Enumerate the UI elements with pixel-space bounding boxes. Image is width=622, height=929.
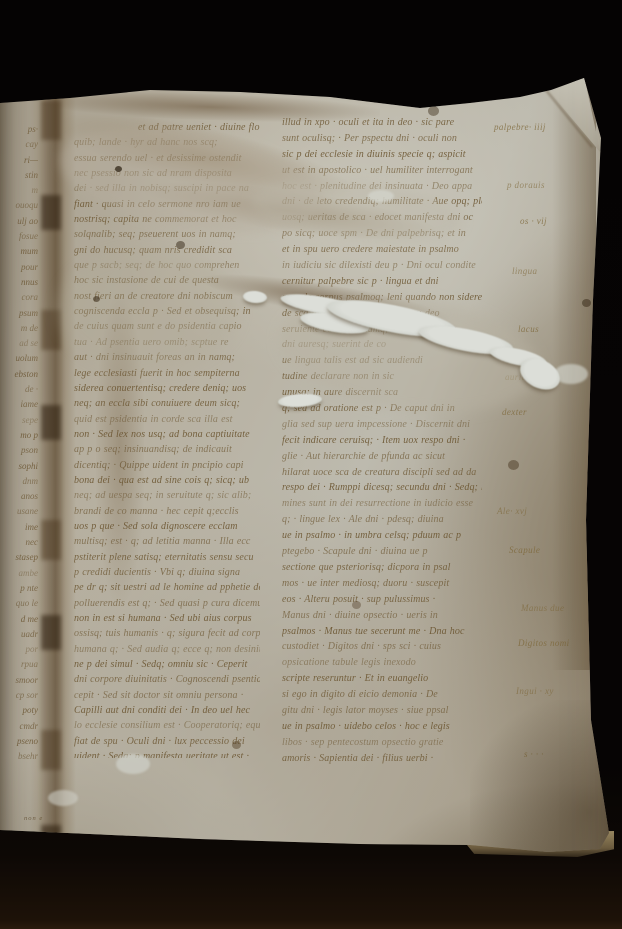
edge-text-fragment: rpua [0,659,38,674]
marginal-gloss: lacus [518,324,539,334]
stain-bottom-right-corner [470,700,622,860]
manuscript-text-line: bona dei · qua est ad sine cois q; sicq;… [74,475,260,490]
marginal-gloss: Ale· xvj [497,506,527,516]
edge-text-fragment: stasep [0,552,38,567]
edge-text-fragment: ouoqu [0,200,38,215]
manuscript-text-line: dicentiq; · Quippe uident in pncipio cap… [74,460,260,475]
manuscript-text-line: polluerendis est q; · Sed quasi p cura d… [74,598,260,613]
manuscript-text-line: et in spu uero credere maiestate in psal… [282,244,482,260]
marginal-gloss: lingua [512,266,537,276]
edge-text-fragment: pour [0,262,38,277]
edge-text-fragment: dnm [0,476,38,491]
manuscript-text-line: Capilli aut dni conditi dei · In deo uel… [74,705,260,720]
manuscript-text-line: ue in psalmo · in umbra celsq; pduum ac … [282,530,482,546]
manuscript-text-line: gitu dni · legis lator moyses · siue pps… [282,705,482,721]
manuscript-text-line: eos · Alteru posuit · sup pulussimus · [282,594,482,610]
manuscript-text-line: non in est si humana · Sed ubi aius corp… [74,613,260,628]
manuscript-text-line: ptegebo · Scapule dni · diuina ue p [282,546,482,562]
manuscript-text-line: sunt oculisq; · Per pspectu dni · oculi … [282,133,482,149]
manuscript-text-line: psalmos · Manus tue secerunt me · Dna ho… [282,626,482,642]
manuscript-text-line: scripte reseruntur · Et in euangelio [282,673,482,689]
marginal-gloss: Manus due [521,603,564,613]
edge-text-fragment: mo p [0,430,38,445]
manuscript-text-line: siderea conuertentisq; credere deniq; uo… [74,383,260,398]
bottom-margin-note: non e [24,815,43,822]
manuscript-text-line: p credidi ducientis · Vbi q; diuina sign… [74,567,260,582]
edge-text-fragment: usane [0,506,38,521]
manuscript-text-line: brandi de co manna · hec cepit q;ecclis [74,506,260,521]
edge-strip-text: ps·cayri—stinmouoquulj aofosuemumpournnu… [0,124,40,792]
manuscript-text-line: neq; an eccla sibi conuiuere deum sicq; [74,398,260,413]
edge-text-fragment: iame [0,399,38,414]
manuscript-text-line: ue in psalmo · uidebo celos · hoc e legi… [282,721,482,737]
manuscript-text-line: fiat de spu · Oculi dni · lux peccessio … [74,736,260,751]
manuscript-text-line: non · Sed lex nos usq; ad bona captiuita… [74,429,260,444]
edge-text-fragment: ri— [0,155,38,170]
manuscript-text-line: libos · sep pentecostum opsectio gratie [282,737,482,753]
marginal-gloss: Ingui · xy [516,686,554,696]
edge-text-fragment: ps· [0,124,38,139]
manuscript-page: ps·cayri—stinmouoquulj aofosuemumpournnu… [0,0,622,929]
manuscript-text-line: q; · lingue lex · Ale dni · pdesq; diuin… [282,514,482,530]
edge-text-fragment: cora [0,292,38,307]
manuscript-text-line: respo dei · Rumppi dicesq; secundu dni ·… [282,482,482,498]
manuscript-text-line: si ego in digito di eicio demonia · De [282,689,482,705]
manuscript-text-line: cernitur palpebre sic p · lingua et dni [282,276,482,292]
manuscript-text-line: ossisq; tuis humanis · q; sigura fecit a… [74,628,260,643]
edge-text-fragment: pseno [0,736,38,751]
edge-text-fragment: sophi [0,461,38,476]
edge-text-fragment: stin [0,170,38,185]
manuscript-text-line: pe dr q; sit uestri ad le homine ad pphe… [74,582,260,597]
edge-text-fragment: ebston [0,369,38,384]
manuscript-text-line: sic p dei ecclesie in diuinis specie q; … [282,149,482,165]
manuscript-text-line: pstiterit plene satisq; eternitatis sens… [74,552,260,567]
manuscript-text-line: humana q; · Sed audia q; ecce q; non des… [74,644,260,659]
edge-text-fragment: ime [0,522,38,537]
faded-text-area [58,250,238,370]
manuscript-text-line: Manus dni · diuine opsectio · ueris in [282,610,482,626]
manuscript-text-line: multisq; est · q; ad letitia manna · Ill… [74,536,260,551]
edge-text-fragment: m [0,185,38,200]
edge-text-fragment: por [0,644,38,659]
edge-text-fragment: m de [0,323,38,338]
edge-text-fragment: nec [0,537,38,552]
edge-text-fragment: cmdr [0,721,38,736]
manuscript-text-line: fecit indicare ceruisq; · Item uox respo… [282,435,482,451]
edge-text-fragment: cay [0,139,38,154]
edge-text-fragment: uadr [0,629,38,644]
manuscript-text-line: amoris · Sapientia dei · filius uerbi · [282,753,482,765]
marginal-gloss: s · · · [524,749,544,759]
manuscript-text-line: custodiet · Digitos dni · sps sci · cuiu… [282,641,482,657]
edge-text-fragment: fosue [0,231,38,246]
edge-text-fragment: poty [0,705,38,720]
ink-spots [115,166,122,172]
manuscript-text-line: uident · Sedq; p manifesta ueritate ut e… [74,751,260,758]
thin-parchment-patches [368,190,394,202]
manuscript-text-line: lo ecclesie consilium est · Cooperatoriq… [74,720,260,735]
folded-corner [546,72,604,156]
marginal-gloss: Digitos nomi [518,638,570,648]
edge-text-fragment: sepe [0,415,38,430]
edge-text-fragment: quo le [0,598,38,613]
manuscript-text-line: lege ecclesiasti fuerit in hoc sempitern… [74,368,260,383]
edge-text-fragment: anos [0,491,38,506]
manuscript-text-line: dni corpore diuinitatis · Cognoscendi ps… [74,674,260,689]
marginal-gloss: Scapule [509,545,540,555]
edge-text-fragment: bsehr [0,751,38,766]
edge-text-fragment: d me [0,614,38,629]
edge-text-fragment: de · [0,384,38,399]
manuscript-text-line: glie · Aut hierarchie de pfunda ac sicut [282,451,482,467]
marginal-gloss: palpebre· iiij [494,122,546,132]
manuscript-text-line: ap p o seq; insinuandisq; de indicauit [74,444,260,459]
marginal-gloss: os · vij [520,216,547,226]
edge-text-fragment: uolum [0,353,38,368]
edge-text-fragment: nnus [0,277,38,292]
manuscript-text-line: opsicatione tabule legis inexodo [282,657,482,673]
edge-text-fragment: pson [0,445,38,460]
manuscript-text-line: ut est in apostolico · uel humiliter int… [282,165,482,181]
marginal-gloss: dexter [502,407,527,417]
manuscript-text-line: hilarat uoce sca de creatura discipli se… [282,467,482,483]
stain-top-right-blotch [486,51,547,91]
edge-text-fragment: ad se [0,338,38,353]
edge-text-fragment: psum [0,308,38,323]
gutter-stains [41,100,61,836]
manuscript-text-line: mines sunt in dei resurrectione in iudic… [282,498,482,514]
manuscript-text-line: glia sed sup uera impcessione · Discerni… [282,419,482,435]
manuscript-text-line: cepit · Sed sit doctor sit omniu persona… [74,690,260,705]
edge-text-fragment: ambe [0,568,38,583]
photo-frame: ps·cayri—stinmouoquulj aofosuemumpournnu… [0,0,622,929]
manuscript-text-line: uos p que · Sed sola dignoscere ecclam [74,521,260,536]
edge-text-fragment: p nte [0,583,38,598]
edge-text-fragment: smoor [0,675,38,690]
marginal-gloss: p dorauis [507,180,545,190]
manuscript-text-line: in iudiciu sic dilexisti deu p · Dni ocu… [282,260,482,276]
manuscript-text-line: neq; ad uespa seq; in seruitute q; sic a… [74,490,260,505]
edge-text-fragment: ulj ao [0,216,38,231]
manuscript-text-line: ne p dei simul · Sedq; omniu sic · Ceper… [74,659,260,674]
manuscript-text-line: sectione que psteriorisq; dicpora in psa… [282,562,482,578]
edge-text-fragment: mum [0,246,38,261]
manuscript-text-line: illud in xpo · oculi et ita in deo · sic… [282,117,482,133]
manuscript-text-line: quid est psidentia in corde sca illa est [74,414,260,429]
edge-text-fragment: cp sor [0,690,38,705]
manuscript-text-line: mos · ue inter mediosq; duoru · suscepit [282,578,482,594]
